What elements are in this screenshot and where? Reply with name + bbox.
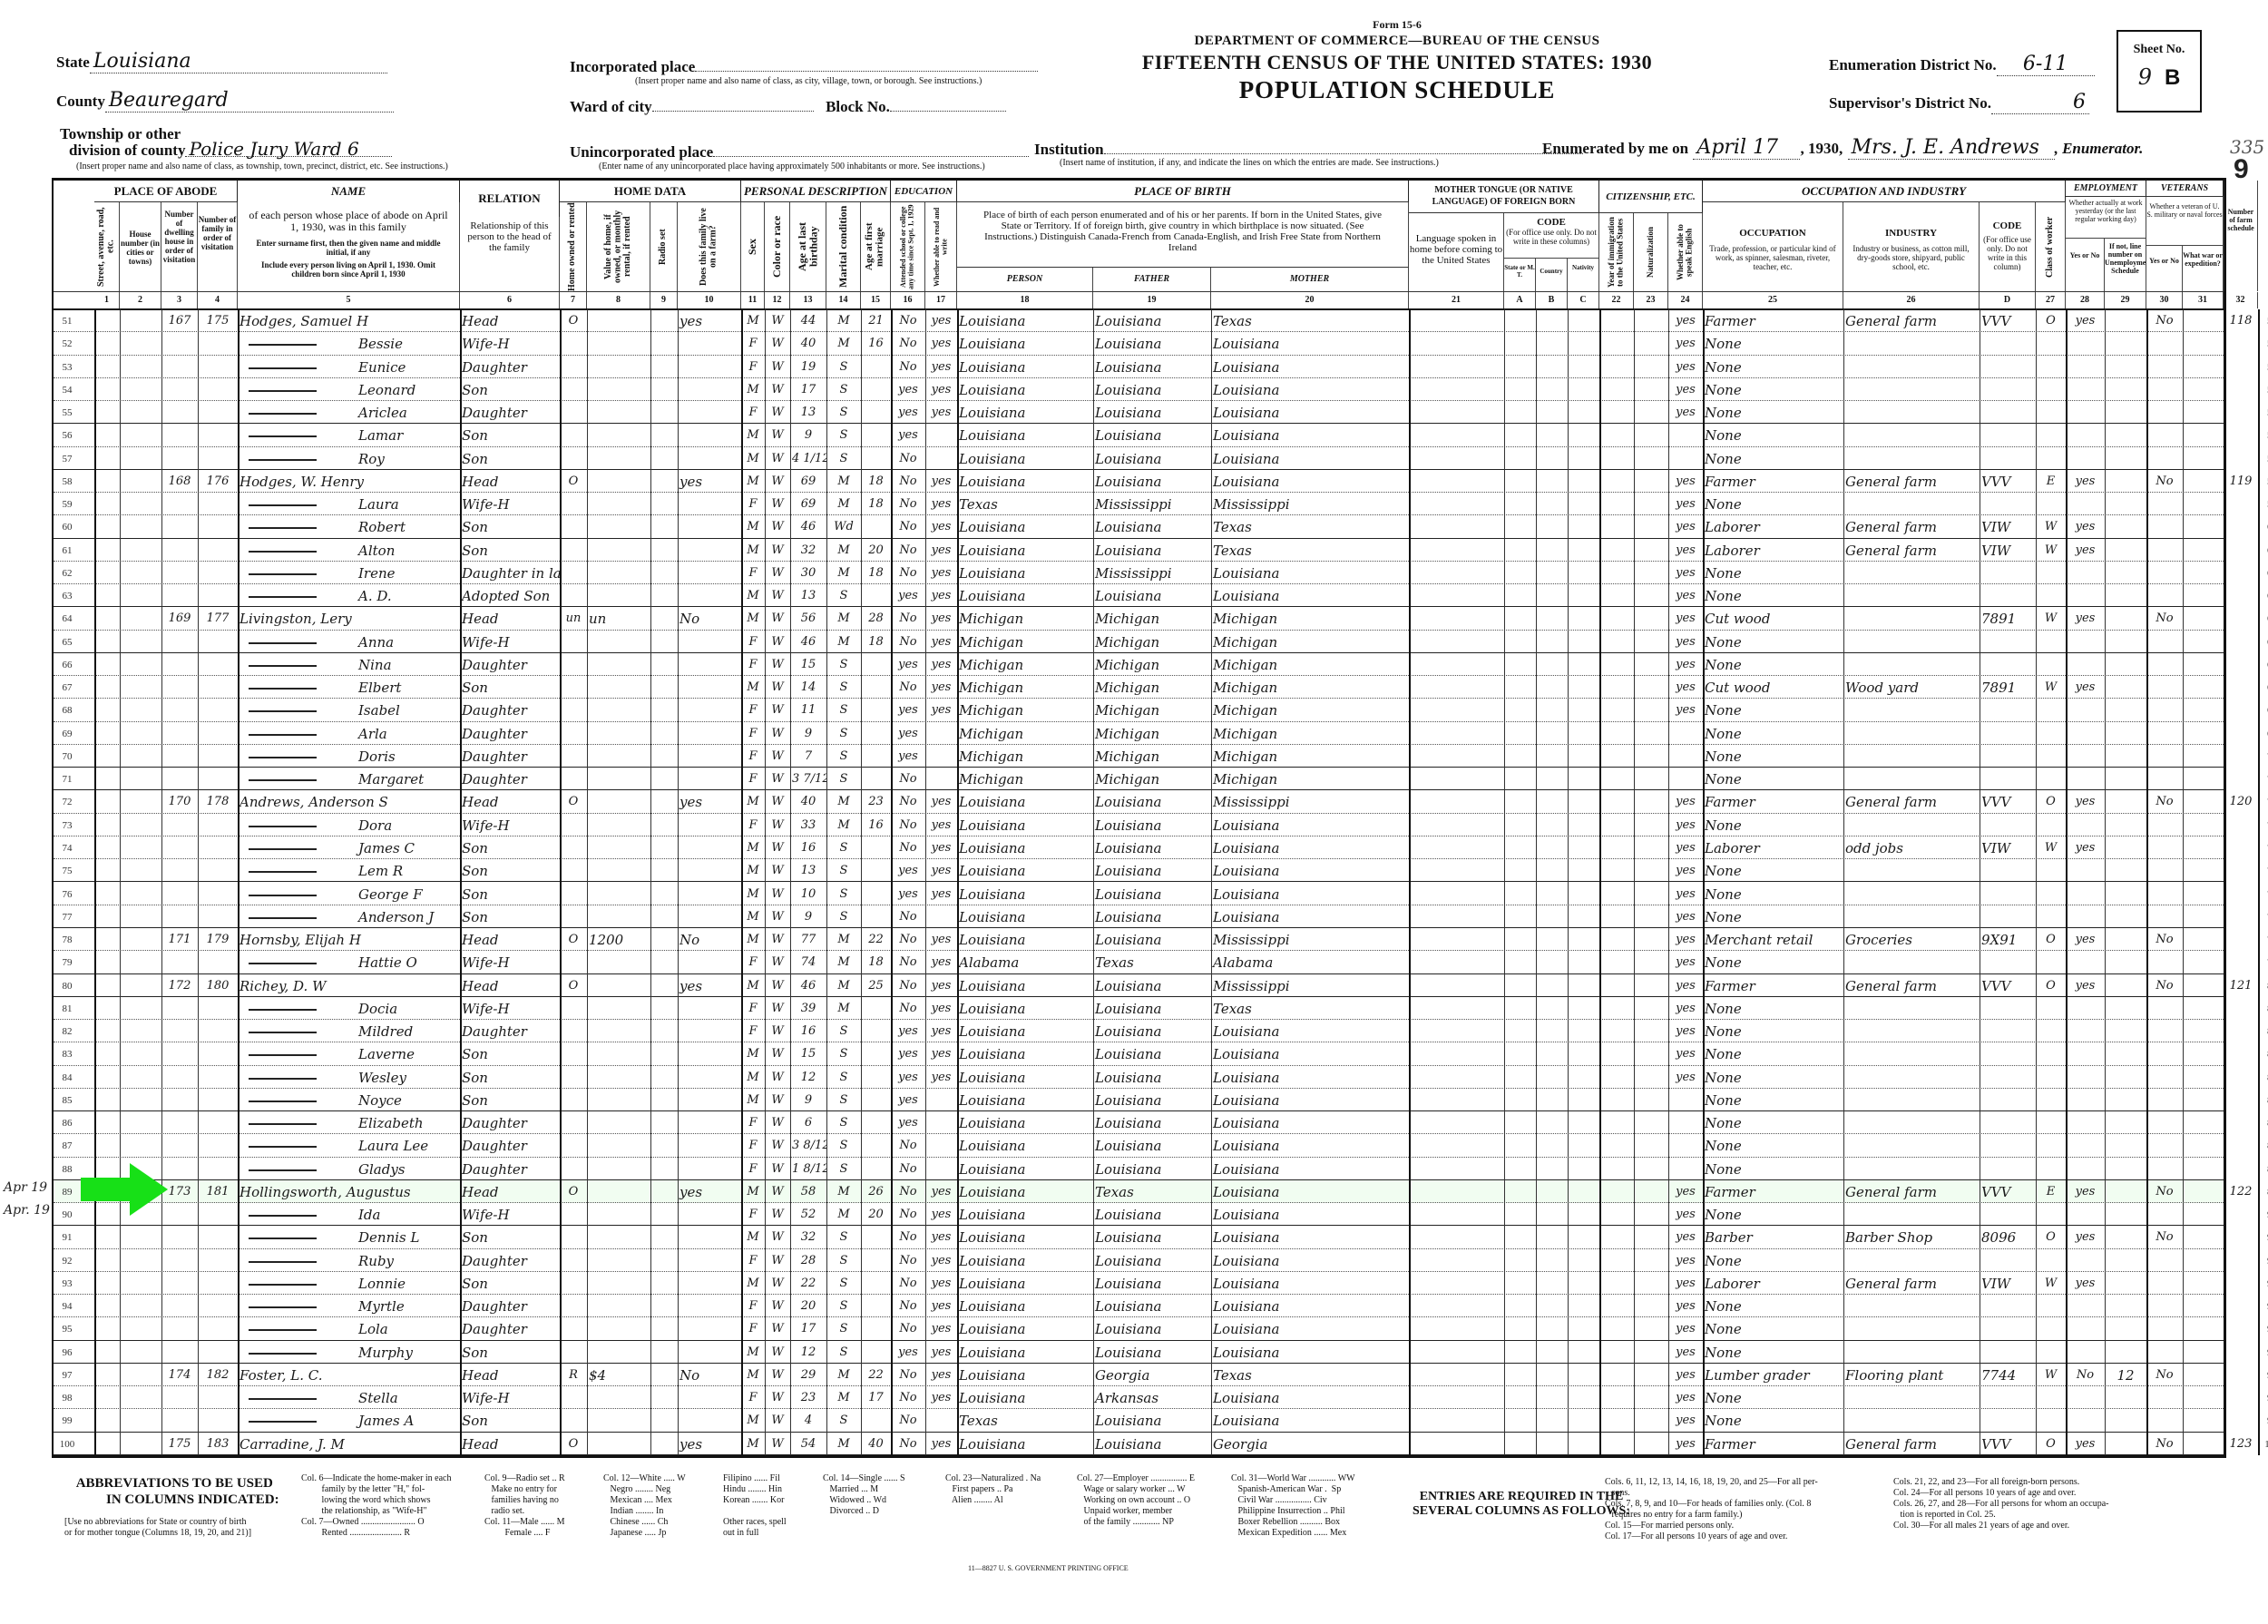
cell-bpf: Michigan xyxy=(1093,631,1211,652)
column-number: 29 xyxy=(2105,292,2146,308)
cell-bpm: Louisiana xyxy=(1211,470,1409,492)
cell-sex: M xyxy=(741,515,765,537)
cell-sex: M xyxy=(741,584,765,606)
cell-occ: None xyxy=(1703,745,1843,767)
line-number: 59 xyxy=(54,493,81,514)
cell-eng: yes xyxy=(1668,883,1703,905)
cell-bp: Louisiana xyxy=(957,424,1093,445)
cell-occ: None xyxy=(1703,997,1843,1019)
cell-bpf: Louisiana xyxy=(1093,378,1211,400)
surname-ditto-line xyxy=(249,710,317,712)
cell-sch: yes xyxy=(891,1066,925,1088)
grid-divider xyxy=(957,309,959,1455)
cell-occ: None xyxy=(1703,332,1843,354)
cell-occ: None xyxy=(1703,447,1843,469)
given-name: Irene xyxy=(358,565,396,582)
grid-divider xyxy=(891,309,893,1455)
cell-bp: Louisiana xyxy=(957,470,1093,492)
cell-rw: yes xyxy=(925,493,957,514)
cell-farm: No xyxy=(678,928,741,950)
col-A-header: State or M. T. xyxy=(1504,259,1536,291)
cell-age: 54 xyxy=(790,1433,826,1454)
grid-divider xyxy=(1843,309,1844,1455)
surname-ditto-line xyxy=(249,1009,317,1011)
group-home-data: HOME DATA xyxy=(560,181,741,202)
cell-agem: 22 xyxy=(861,1364,891,1385)
person-name: Dora xyxy=(238,814,460,836)
cell-code: 7744 xyxy=(1980,1364,2036,1385)
grid-divider xyxy=(790,309,791,1455)
cell-race: W xyxy=(765,539,790,561)
footer-abbreviations: ABBREVIATIONS TO BE USED IN COLUMNS INDI… xyxy=(52,1463,2222,1617)
cell-fam: 180 xyxy=(198,974,238,996)
person-name: Myrtle xyxy=(238,1295,460,1316)
cell-mar: S xyxy=(826,401,861,423)
table-row: 56LamarSonMW9SyesLouisianaLouisianaLouis… xyxy=(54,424,2224,446)
col-1-header: Street, avenue, road, etc. xyxy=(94,202,120,291)
cell-eng: yes xyxy=(1668,1409,1703,1431)
line-number: 63 xyxy=(54,584,81,606)
cell-rel: Son xyxy=(460,905,560,927)
cell-race: W xyxy=(765,470,790,492)
cell-occ: Lumber grader xyxy=(1703,1364,1843,1385)
table-row: 87Laura LeeDaughterFW3 8/12SNoLouisianaL… xyxy=(54,1134,2224,1157)
cell-bp: Michigan xyxy=(957,768,1093,789)
cell-rel: Son xyxy=(460,378,560,400)
grid-divider xyxy=(2183,309,2184,1455)
cell-age: 69 xyxy=(790,470,826,492)
cell-race: W xyxy=(765,1158,790,1179)
cell-ind: odd jobs xyxy=(1843,836,1980,858)
cell-bpm: Michigan xyxy=(1211,607,1409,629)
line-number: 60 xyxy=(54,515,81,537)
surname-ditto-line xyxy=(249,390,317,392)
col-29-header: If not, line number on Unemployment Sche… xyxy=(2105,239,2146,291)
cell-mar: S xyxy=(826,1317,861,1339)
cell-bpm: Louisiana xyxy=(1211,562,1409,583)
cell-mar: M xyxy=(826,1386,861,1408)
cell-rel: Wife-H xyxy=(460,1203,560,1225)
table-row: 53EuniceDaughterFW19SNoyesLouisianaLouis… xyxy=(54,356,2224,378)
cell-mar: S xyxy=(826,1409,861,1431)
cell-bp: Louisiana xyxy=(957,539,1093,561)
cell-agem: 18 xyxy=(861,470,891,492)
table-row: 99James ASonMW4SNoTexasLouisianaLouisian… xyxy=(54,1409,2224,1432)
cell-bp: Alabama xyxy=(957,951,1093,973)
cell-vet: No xyxy=(2146,1226,2183,1247)
cell-bp: Louisiana xyxy=(957,859,1093,881)
cell-val: un xyxy=(587,607,650,629)
cell-sex: F xyxy=(741,1134,765,1156)
cell-work: No xyxy=(2066,1364,2105,1385)
surname-ditto-line xyxy=(249,1284,317,1286)
veterans-note: Whether a veteran of U. S. military or n… xyxy=(2146,197,2224,246)
cell-age: 16 xyxy=(790,836,826,858)
cell-age: 13 xyxy=(790,584,826,606)
cell-bpf: Louisiana xyxy=(1093,1066,1211,1088)
surname-ditto-line xyxy=(249,1215,317,1217)
cell-eng: yes xyxy=(1668,1317,1703,1339)
surname-ditto-line xyxy=(249,895,317,896)
given-name: George F xyxy=(358,886,423,903)
line-number: 88 xyxy=(54,1158,81,1179)
cell-sch: No xyxy=(891,905,925,927)
cell-sch: yes xyxy=(891,401,925,423)
given-name: Murphy xyxy=(358,1345,413,1361)
person-name: James C xyxy=(238,836,460,858)
cell-dw: 174 xyxy=(161,1364,198,1385)
grid-divider xyxy=(765,309,766,1455)
cell-eng: yes xyxy=(1668,515,1703,537)
cell-farm: No xyxy=(678,1364,741,1385)
line-number: 70 xyxy=(54,745,81,767)
cell-sex: F xyxy=(741,631,765,652)
col-7-header: Home owned or rented xyxy=(560,202,587,291)
cell-code: 7891 xyxy=(1980,676,2036,698)
cell-mar: M xyxy=(826,790,861,812)
cell-bpf: Louisiana xyxy=(1093,309,1211,331)
cell-bpf: Louisiana xyxy=(1093,836,1211,858)
cell-occ: None xyxy=(1703,562,1843,583)
line-number: 84 xyxy=(54,1066,81,1088)
line-number: 55 xyxy=(54,401,81,423)
cell-occ: None xyxy=(1703,951,1843,973)
col-19-header: FATHER xyxy=(1093,268,1211,291)
cell-race: W xyxy=(765,378,790,400)
cell-sch: yes xyxy=(891,1020,925,1042)
cell-vet: No xyxy=(2146,470,2183,492)
cell-rw: yes xyxy=(925,1042,957,1064)
cell-sch: No xyxy=(891,309,925,331)
person-name: Livingston, Lery xyxy=(238,607,460,629)
column-number: 32 xyxy=(2224,292,2258,308)
cell-bpm: Louisiana xyxy=(1211,584,1409,606)
grid-divider xyxy=(2066,309,2068,1455)
cell-bpf: Texas xyxy=(1093,951,1211,973)
cell-sch: No xyxy=(891,470,925,492)
line-number: 94 xyxy=(54,1295,81,1316)
cell-rel: Son xyxy=(460,676,560,698)
cell-age: 44 xyxy=(790,309,826,331)
cell-eng: yes xyxy=(1668,1341,1703,1363)
column-number: 27 xyxy=(2036,292,2066,308)
line-number: 67 xyxy=(54,676,81,698)
state-value: Louisiana xyxy=(90,50,387,73)
cell-sch: yes xyxy=(891,722,925,744)
cell-work: yes xyxy=(2066,607,2105,629)
cell-farm: yes xyxy=(678,790,741,812)
table-row: 84WesleySonMW12SyesyesLouisianaLouisiana… xyxy=(54,1066,2224,1089)
cell-cls: W xyxy=(2036,539,2066,561)
cell-own: O xyxy=(560,790,587,812)
cell-occ: Cut wood xyxy=(1703,607,1843,629)
cell-sch: yes xyxy=(891,1042,925,1064)
cell-race: W xyxy=(765,447,790,469)
given-name: James A xyxy=(358,1413,414,1429)
cell-age: 17 xyxy=(790,378,826,400)
cell-bp: Michigan xyxy=(957,699,1093,720)
cell-age: 20 xyxy=(790,1295,826,1316)
line-number: 82 xyxy=(54,1020,81,1042)
cell-bpf: Mississippi xyxy=(1093,562,1211,583)
column-number: 9 xyxy=(650,292,678,308)
cell-bpm: Texas xyxy=(1211,539,1409,561)
cell-race: W xyxy=(765,1409,790,1431)
cell-eng: yes xyxy=(1668,1364,1703,1385)
cell-race: W xyxy=(765,607,790,629)
surname-ditto-line xyxy=(249,1146,317,1148)
cell-occ: None xyxy=(1703,1317,1843,1339)
column-number: 3 xyxy=(161,292,198,308)
given-name: Anna xyxy=(358,634,394,651)
cell-rel: Daughter xyxy=(460,768,560,789)
cell-bp: Louisiana xyxy=(957,584,1093,606)
entries-required-title: ENTRIES ARE REQUIRED IN THE SEVERAL COLU… xyxy=(1413,1490,1630,1519)
given-name: James C xyxy=(358,840,415,856)
population-schedule-table: PLACE OF ABODE NAME RELATION HOME DATA P… xyxy=(52,178,2226,1458)
person-name: Ida xyxy=(238,1203,460,1225)
cell-rel: Son xyxy=(460,836,560,858)
surname-ditto-line xyxy=(249,1054,317,1056)
cell-sch: yes xyxy=(891,424,925,445)
cell-age: 58 xyxy=(790,1180,826,1202)
cell-rw: yes xyxy=(925,539,957,561)
cell-sch: No xyxy=(891,974,925,996)
cell-mar: S xyxy=(826,1089,861,1110)
cell-mar: M xyxy=(826,493,861,514)
col-10-header: Does this family live on a farm? xyxy=(678,202,741,291)
cell-sex: F xyxy=(741,401,765,423)
grid-divider xyxy=(2146,309,2148,1455)
given-name: Lola xyxy=(358,1321,388,1337)
grid-divider xyxy=(120,309,121,1455)
cell-dw: 172 xyxy=(161,974,198,996)
surname-ditto-line xyxy=(249,1238,317,1239)
person-name: Carradine, J. M xyxy=(238,1433,460,1454)
cell-race: W xyxy=(765,401,790,423)
cell-mar: M xyxy=(826,1433,861,1454)
column-number: 11 xyxy=(741,292,765,308)
table-body: 51167175Hodges, Samuel HHeadOyesMW44M21N… xyxy=(54,309,2224,1455)
cell-sex: M xyxy=(741,790,765,812)
cell-bpm: Louisiana xyxy=(1211,1317,1409,1339)
cell-bpf: Michigan xyxy=(1093,745,1211,767)
cell-farm: yes xyxy=(678,1433,741,1454)
cell-sex: M xyxy=(741,859,765,881)
cell-bp: Louisiana xyxy=(957,1203,1093,1225)
cell-occ: Barber xyxy=(1703,1226,1843,1247)
table-row: 92RubyDaughterFW28SNoyesLouisianaLouisia… xyxy=(54,1249,2224,1272)
cell-eng: yes xyxy=(1668,1203,1703,1225)
cell-bp: Louisiana xyxy=(957,356,1093,377)
cell-bp: Louisiana xyxy=(957,883,1093,905)
cell-mar: S xyxy=(826,1226,861,1247)
cell-occ: None xyxy=(1703,1042,1843,1064)
cell-bp: Louisiana xyxy=(957,974,1093,996)
cell-rw: yes xyxy=(925,928,957,950)
cell-bpf: Michigan xyxy=(1093,768,1211,789)
given-name: Mildred xyxy=(358,1023,413,1040)
table-row: 82MildredDaughterFW16SyesyesLouisianaLou… xyxy=(54,1020,2224,1042)
person-name: A. D. xyxy=(238,584,460,606)
person-name: Hornsby, Elijah H xyxy=(238,928,460,950)
cell-vet: No xyxy=(2146,1180,2183,1202)
cell-bpm: Michigan xyxy=(1211,745,1409,767)
column-number: 18 xyxy=(957,292,1093,308)
cell-bp: Louisiana xyxy=(957,309,1093,331)
surname-ditto-line xyxy=(249,413,317,415)
column-number: 31 xyxy=(2183,292,2224,308)
cell-race: W xyxy=(765,562,790,583)
cell-mar: S xyxy=(826,745,861,767)
table-row: 85NoyceSonMW9SyesLouisianaLouisianaLouis… xyxy=(54,1089,2224,1111)
cell-cls: W xyxy=(2036,1364,2066,1385)
cell-rw: yes xyxy=(925,1272,957,1294)
cell-sex: M xyxy=(741,1272,765,1294)
cell-bpm: Louisiana xyxy=(1211,859,1409,881)
cell-bpm: Louisiana xyxy=(1211,401,1409,423)
given-name: Stella xyxy=(358,1390,398,1406)
cell-rel: Son xyxy=(460,424,560,445)
cell-mar: M xyxy=(826,1364,861,1385)
cell-farmno: 120 xyxy=(2224,790,2258,812)
cell-bpf: Louisiana xyxy=(1093,905,1211,927)
table-row: 58168176Hodges, W. HenryHeadOyesMW69M18N… xyxy=(54,470,2224,493)
cell-rel: Son xyxy=(460,883,560,905)
cell-eng: yes xyxy=(1668,676,1703,698)
grid-divider xyxy=(1634,309,1635,1455)
cell-work: yes xyxy=(2066,1180,2105,1202)
cell-eng: yes xyxy=(1668,493,1703,514)
cell-rel: Daughter xyxy=(460,699,560,720)
cell-rw: yes xyxy=(925,951,957,973)
cell-mar: S xyxy=(826,424,861,445)
given-name: Hattie O xyxy=(358,954,417,971)
cell-sex: M xyxy=(741,883,765,905)
cell-vet: No xyxy=(2146,790,2183,812)
cell-eng: yes xyxy=(1668,790,1703,812)
cell-sex: M xyxy=(741,1180,765,1202)
given-name: Nina xyxy=(358,657,392,673)
person-name: Lola xyxy=(238,1317,460,1339)
cell-cls: W xyxy=(2036,607,2066,629)
cell-rw: yes xyxy=(925,859,957,881)
cell-age: 15 xyxy=(790,1042,826,1064)
cell-eng: yes xyxy=(1668,631,1703,652)
line-number: 80 xyxy=(54,974,81,996)
abbreviations-title: ABBREVIATIONS TO BE USED IN COLUMNS INDI… xyxy=(70,1475,279,1508)
cell-bpf: Louisiana xyxy=(1093,515,1211,537)
incorporated-place-field: Incorporated place xyxy=(570,58,1038,76)
cell-age: 56 xyxy=(790,607,826,629)
given-name: Laura xyxy=(358,496,399,513)
person-name: Richey, D. W xyxy=(238,974,460,996)
column-number: 10 xyxy=(678,292,741,308)
table-row: 81DociaWife-HFW39MNoyesLouisianaLouisian… xyxy=(54,997,2224,1020)
surname-ditto-line xyxy=(249,573,317,575)
cell-mar: M xyxy=(826,309,861,331)
cell-occ: Cut wood xyxy=(1703,676,1843,698)
person-name: Robert xyxy=(238,515,460,537)
grid-divider xyxy=(238,309,240,1455)
cell-agem: 28 xyxy=(861,607,891,629)
given-name: Bessie xyxy=(358,336,403,352)
surname-ditto-line xyxy=(249,1032,317,1033)
table-row: 91Dennis LSonMW32SNoyesLouisianaLouisian… xyxy=(54,1226,2224,1248)
cell-age: 9 xyxy=(790,424,826,445)
group-veterans: VETERANS xyxy=(2146,181,2224,197)
cell-race: W xyxy=(765,836,790,858)
cell-mar: M xyxy=(826,951,861,973)
col-18-header: PERSON xyxy=(957,268,1093,291)
cell-mar: M xyxy=(826,607,861,629)
cell-mar: S xyxy=(826,699,861,720)
surname-ditto-line xyxy=(249,734,317,736)
line-number: 65 xyxy=(54,631,81,652)
table-row: 78171179Hornsby, Elijah HHeadO1200NoMW77… xyxy=(54,928,2224,951)
cell-race: W xyxy=(765,790,790,812)
cell-cls: O xyxy=(2036,309,2066,331)
cell-rel: Son xyxy=(460,859,560,881)
cell-race: W xyxy=(765,905,790,927)
cell-mar: S xyxy=(826,447,861,469)
column-number: A xyxy=(1504,292,1536,308)
cell-mar: M xyxy=(826,539,861,561)
line-number: 69 xyxy=(54,722,81,744)
cell-occ: None xyxy=(1703,1158,1843,1179)
cell-ind: General farm xyxy=(1843,974,1980,996)
cell-bpm: Louisiana xyxy=(1211,814,1409,836)
cell-rw: yes xyxy=(925,584,957,606)
line-number: 98 xyxy=(54,1386,81,1408)
cell-agem: 17 xyxy=(861,1386,891,1408)
line-number: 75 xyxy=(54,859,81,881)
cell-rel: Daughter xyxy=(460,1111,560,1133)
cell-code: VVV xyxy=(1980,1180,2036,1202)
column-number: 4 xyxy=(198,292,238,308)
cell-bpm: Louisiana xyxy=(1211,378,1409,400)
cell-race: W xyxy=(765,1020,790,1042)
cell-sex: M xyxy=(741,928,765,950)
table-row: 95LolaDaughterFW17SNoyesLouisianaLouisia… xyxy=(54,1317,2224,1340)
cell-fam: 177 xyxy=(198,607,238,629)
surname-ditto-line xyxy=(249,1421,317,1423)
surname-ditto-line xyxy=(249,367,317,369)
person-name: Hodges, W. Henry xyxy=(238,470,460,492)
person-name: Stella xyxy=(238,1386,460,1408)
cell-rw: yes xyxy=(925,1226,957,1247)
cell-bpm: Texas xyxy=(1211,309,1409,331)
cell-code: VVV xyxy=(1980,309,2036,331)
person-name: Alton xyxy=(238,539,460,561)
cell-dw: 175 xyxy=(161,1433,198,1454)
cell-sch: yes xyxy=(891,1111,925,1133)
line-number: 54 xyxy=(54,378,81,400)
abbr-col12-other: Filipino ...... Fil Hindu ........ Hin K… xyxy=(723,1473,787,1539)
column-number: 13 xyxy=(790,292,826,308)
cell-sex: M xyxy=(741,836,765,858)
cell-eng: yes xyxy=(1668,1386,1703,1408)
cell-sex: M xyxy=(741,1226,765,1247)
group-employment: EMPLOYMENT xyxy=(2066,181,2146,197)
col-13-header: Age at last birthday xyxy=(790,202,826,291)
group-occupation-industry: OCCUPATION AND INDUSTRY xyxy=(1703,181,2066,202)
cell-eng: yes xyxy=(1668,562,1703,583)
cell-bpf: Louisiana xyxy=(1093,1341,1211,1363)
cell-eng: yes xyxy=(1668,1020,1703,1042)
line-number: 71 xyxy=(54,768,81,789)
cell-work: yes xyxy=(2066,1272,2105,1294)
